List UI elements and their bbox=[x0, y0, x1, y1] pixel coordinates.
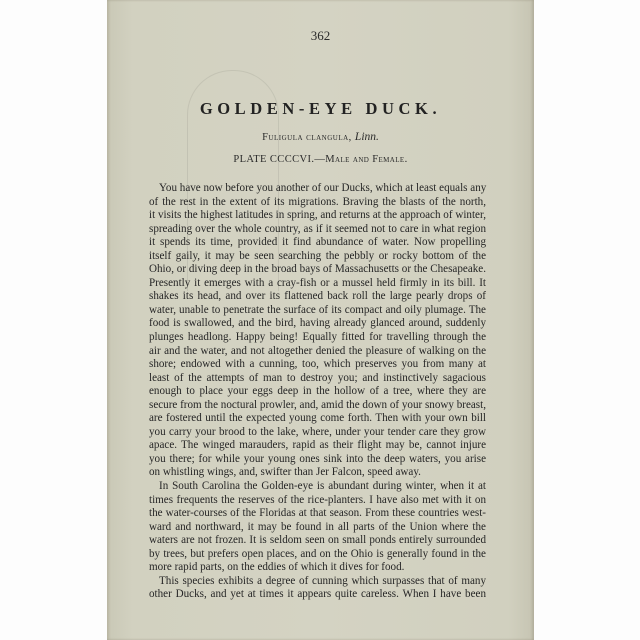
text-line: by trees, but prefers open places, and o… bbox=[149, 548, 486, 562]
text-line: Ohio, or diving deep in the broad bays o… bbox=[149, 263, 486, 277]
page-title: GOLDEN-EYE DUCK. bbox=[107, 99, 534, 119]
text-line: You have now before you another of our D… bbox=[149, 182, 486, 196]
body-text: You have now before you another of our D… bbox=[149, 182, 486, 602]
scientific-name: Fuligula clangula, Linn. bbox=[107, 131, 534, 143]
scientific-name-species: Fuligula clangula, bbox=[262, 132, 352, 143]
text-line: spreading over the whole country, as if … bbox=[149, 223, 486, 237]
text-line: enough to place your eggs deep in the ho… bbox=[149, 385, 486, 399]
text-line: of the rest in the extent of its migrati… bbox=[149, 196, 486, 210]
text-line: secure from the noctural prowler, and, a… bbox=[149, 399, 486, 413]
text-line: air and the water, and not altogether de… bbox=[149, 345, 486, 359]
text-line: plunges headlong. Happy being! Equally f… bbox=[149, 331, 486, 345]
text-line: Presently it emerges with a cray-fish or… bbox=[149, 277, 486, 291]
page-number: 362 bbox=[107, 28, 534, 44]
text-line: This species exhibits a degree of cunnin… bbox=[149, 575, 486, 589]
text-line: itself gaily, it may be seen searching t… bbox=[149, 250, 486, 264]
text-line: on whistling wings, and, swifter than Je… bbox=[149, 466, 486, 480]
plate-subtitle: —Male and Female. bbox=[314, 154, 407, 165]
text-line: it visits the highest latitudes in sprin… bbox=[149, 209, 486, 223]
text-line: times frequents the reserves of the rice… bbox=[149, 494, 486, 508]
scientific-name-author: Linn. bbox=[355, 131, 379, 143]
text-line: shore; endowed with a cunning, too, whic… bbox=[149, 358, 486, 372]
book-page: 362 GOLDEN-EYE DUCK. Fuligula clangula, … bbox=[107, 0, 534, 640]
text-line: water, unable to penetrate the surface o… bbox=[149, 304, 486, 318]
text-line: apace. The winged marauders, rapid as th… bbox=[149, 439, 486, 453]
plate-label: PLATE CCCCVI. bbox=[233, 154, 314, 165]
text-line: ward and northward, it may be found in a… bbox=[149, 521, 486, 535]
plate-caption: PLATE CCCCVI.—Male and Female. bbox=[107, 154, 534, 165]
text-line: other Ducks, and yet at times it appears… bbox=[149, 588, 486, 602]
text-line: shakes its head, and over its flattened … bbox=[149, 290, 486, 304]
text-line: In South Carolina the Golden-eye is abun… bbox=[149, 480, 486, 494]
text-line: it spends its time, provided it find abu… bbox=[149, 236, 486, 250]
text-line: least of the attempts of man to destroy … bbox=[149, 372, 486, 386]
text-line: are fostered until the expected young co… bbox=[149, 412, 486, 426]
text-line: you there; for while your young ones sin… bbox=[149, 453, 486, 467]
text-line: waters are not frozen. It is seldom seen… bbox=[149, 534, 486, 548]
text-line: food is swallowed, and the bird, having … bbox=[149, 317, 486, 331]
text-line: more rapid parts, on the eddies of which… bbox=[149, 561, 486, 575]
text-line: the water-courses of the Floridas at tha… bbox=[149, 507, 486, 521]
text-line: you carry your brood to the lake, where,… bbox=[149, 426, 486, 440]
